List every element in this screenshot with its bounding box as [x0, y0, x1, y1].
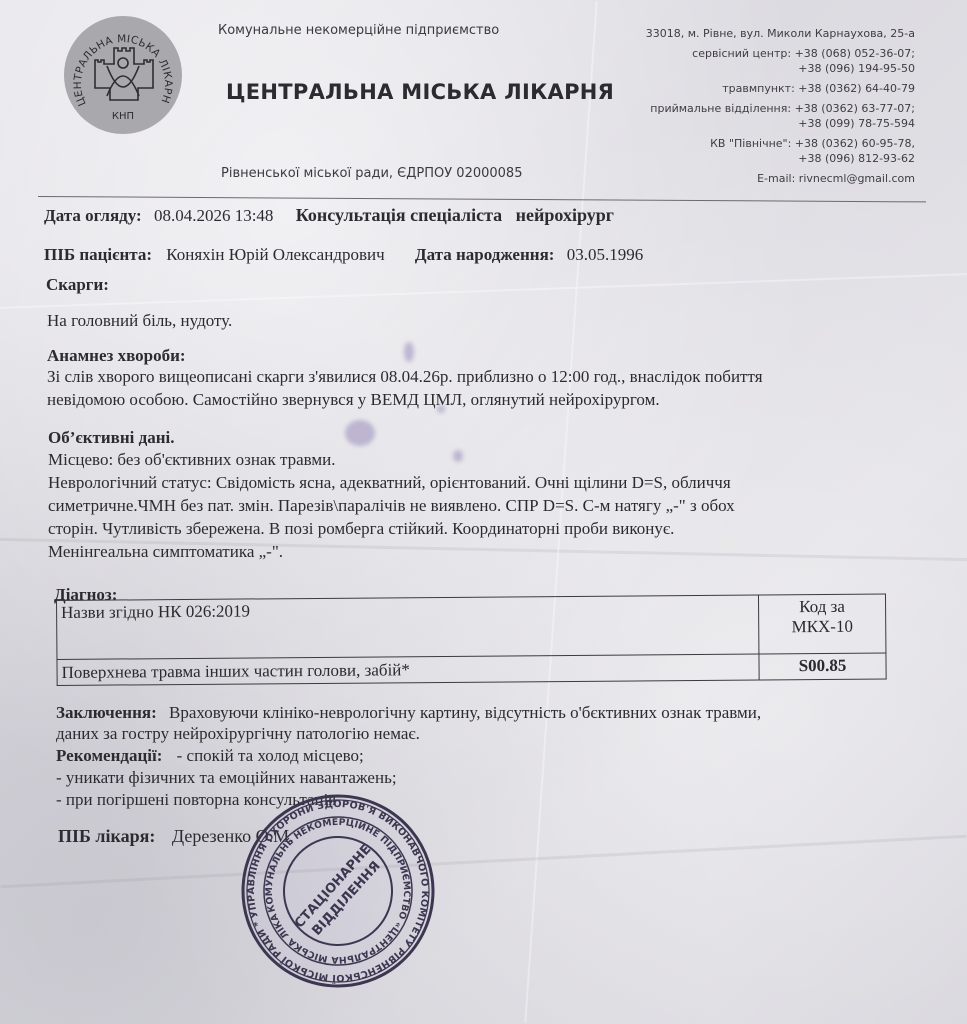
objective-line: сторін. Чутливість збережена. В позі ром… — [48, 519, 674, 539]
objective-line: симетричне.ЧМН без пат. змін. Парезів\па… — [48, 496, 735, 516]
contact-address: 33018, м. Рівне, вул. Миколи Карнаухова,… — [585, 26, 915, 41]
contact-north: КВ "Північне": +38 (0362) 60-95-78, +38 … — [585, 136, 915, 166]
doctor-label: ПІБ лікаря: — [58, 826, 155, 846]
exam-date-value: 08.04.2026 13:48 — [154, 206, 273, 225]
exam-date-label: Дата огляду: — [44, 206, 142, 225]
anamnesis-line: Зі слів хворого вищеописані скарги з'яви… — [47, 367, 763, 387]
dob-label: Дата народження: — [415, 245, 555, 264]
svg-text:ЦЕНТРАЛЬНА МІСЬКА ЛІКАРНЯ РМР: ЦЕНТРАЛЬНА МІСЬКА ЛІКАРНЯ РМР — [64, 16, 174, 108]
org-name: ЦЕНТРАЛЬНА МІСЬКА ЛІКАРНЯ — [226, 80, 614, 104]
recommendation-item: - спокій та холод місцево; — [177, 746, 364, 765]
logo-ring-text: ЦЕНТРАЛЬНА МІСЬКА ЛІКАРНЯ РМР — [64, 16, 174, 108]
complaints-text: На головний біль, нудоту. — [47, 311, 232, 331]
objective-label: Об’єктивні дані. — [48, 428, 175, 448]
diagnosis-name-header: Назви згідно НК 026:2019 — [57, 595, 759, 660]
ink-smudge — [345, 420, 375, 446]
contact-line: +38 (096) 812-93-62 — [585, 151, 915, 166]
diagnosis-header-row: Назви згідно НК 026:2019 Код за МКХ-10 — [57, 594, 886, 660]
exam-row: Дата огляду: 08.04.2026 13:48 Консультац… — [44, 205, 614, 226]
consult-title: Консультація спеціаліста нейрохірург — [296, 205, 614, 225]
objective-line: Неврологічний статус: Свідомість ясна, а… — [48, 473, 731, 493]
code-header-line: МКХ-10 — [763, 617, 881, 638]
recommendations-label: Рекомендації: — [56, 746, 162, 765]
logo-center-text: КНП — [112, 111, 134, 122]
contact-email: E-mail: rivnecml@gmail.com — [585, 171, 915, 186]
ink-smudge — [404, 342, 414, 362]
contacts-block: 33018, м. Рівне, вул. Миколи Карнаухова,… — [585, 26, 915, 191]
conclusion-line: Враховуючи клініко-неврологічну картину,… — [169, 703, 761, 722]
contact-admission: приймальне відділення: +38 (0362) 63-77-… — [585, 101, 915, 131]
org-type: Комунальне некомерційне підприємство — [218, 23, 499, 38]
recommendations-row: Рекомендації: - спокій та холод місцево; — [56, 746, 364, 766]
complaints-label: Скарги: — [46, 275, 109, 295]
contact-line: сервісний центр: +38 (068) 052-36-07; — [585, 46, 915, 61]
anamnesis-label: Анамнез хвороби: — [47, 346, 186, 366]
diagnosis-code-header: Код за МКХ-10 — [758, 594, 885, 654]
objective-line: Менінгеальна симптоматика „-". — [48, 542, 283, 562]
hospital-logo-icon: ЦЕНТРАЛЬНА МІСЬКА ЛІКАРНЯ РМР КНП — [64, 16, 182, 134]
ink-smudge — [453, 450, 463, 462]
contact-trauma: травмпункт: +38 (0362) 64-40-79 — [585, 81, 915, 96]
code-header-line: Код за — [763, 597, 881, 618]
diagnosis-code: S00.85 — [759, 653, 886, 680]
dob-value: 03.05.1996 — [567, 245, 644, 264]
patient-name-label: ПІБ пацієнта: — [44, 245, 152, 264]
anamnesis-line: невідомою особою. Самостійно звернувся у… — [47, 390, 660, 410]
contact-line: приймальне відділення: +38 (0362) 63-77-… — [585, 101, 915, 116]
conclusion-line: даних за гостру нейрохірургічну патологі… — [56, 724, 420, 744]
org-subtitle: Рівненської міської ради, ЄДРПОУ 0200008… — [221, 166, 522, 181]
patient-name-value: Коняхін Юрій Олександрович — [166, 245, 384, 264]
diagnosis-name: Поверхнева травма інших частин голови, з… — [57, 654, 759, 686]
objective-line: Місцево: без об'єктивних ознак травми. — [48, 450, 336, 470]
conclusion-row: Заключення: Враховуючи клініко-неврологі… — [56, 703, 761, 723]
conclusion-label: Заключення: — [56, 703, 157, 722]
contact-line: КВ "Північне": +38 (0362) 60-95-78, — [585, 136, 915, 151]
contact-line: +38 (099) 78-75-594 — [585, 116, 915, 131]
contact-service-center: сервісний центр: +38 (068) 052-36-07; +3… — [585, 46, 915, 76]
patient-row: ПІБ пацієнта: Коняхін Юрій Олександрович… — [44, 245, 643, 265]
diagnosis-table: Назви згідно НК 026:2019 Код за МКХ-10 П… — [56, 593, 887, 686]
contact-line: +38 (096) 194-95-50 — [585, 61, 915, 76]
